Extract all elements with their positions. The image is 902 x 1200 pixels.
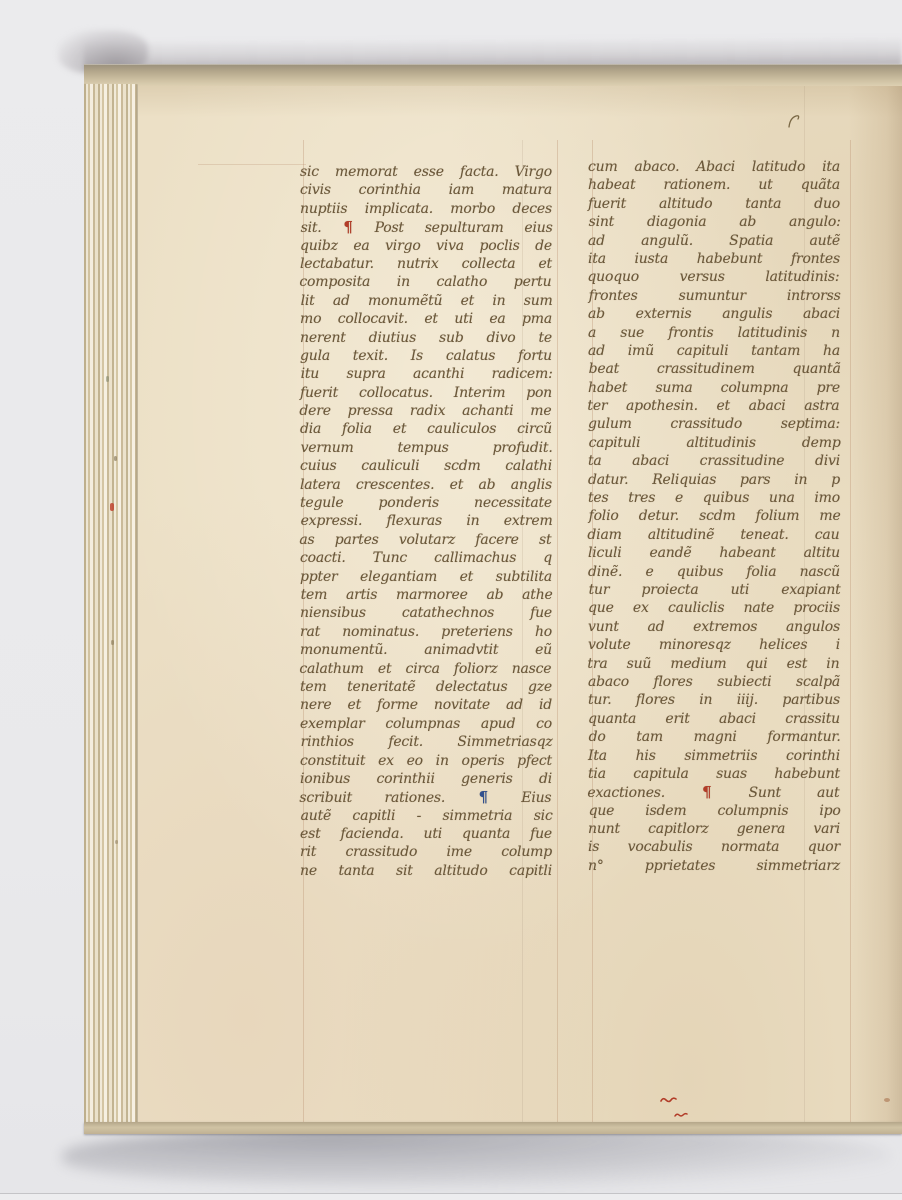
manuscript-text-line: nerent diutius sub divo te [300,329,552,347]
manuscript-text-line: tem artis marmoree ab athe [301,586,553,604]
manuscript-text-line: gula texit. Is calatus fortu [300,347,552,365]
photo-of-manuscript: sic memorat esse facta. Virgocivis corin… [0,0,902,1200]
parchment-page: sic memorat esse facta. Virgocivis corin… [138,86,902,1122]
manuscript-text-line: mo collocavit. et uti ea pma [300,310,552,328]
manuscript-text-line: Ita his simmetriis corinthi [588,747,840,765]
manuscript-text-line: ne tanta sit altitudo capitli [300,862,552,880]
manuscript-text-line: tia capitula suas habebunt [588,765,840,783]
book-top-page-edges [84,64,902,86]
pilcrow-red: ¶ [701,783,712,801]
manuscript-text-line: ita iusta habebunt frontes [588,250,840,268]
manuscript-text-line: lectabatur. nutrix collecta et [300,255,552,273]
manuscript-text-line: do tam magni formantur. [589,728,841,746]
fore-edge-dark-speck [111,640,114,645]
manuscript-text-line: autẽ capitli - simmetria sic [301,807,553,825]
manuscript-text-line: rat nominatus. preteriens ho [300,623,552,641]
manuscript-text-line: composita in calatho pertu [299,273,551,291]
manuscript-text-line: dere pressa radix achanti me [299,402,551,420]
manuscript-text-line: ad imũ capituli tantam ha [588,342,840,360]
manuscript-text-line: ad angulũ. Spatia autẽ [588,232,840,250]
text-column-right: cum abaco. Abaci latitudo itahabeat rati… [588,158,840,875]
manuscript-text-line: a sue frontis latitudinis n [588,324,840,342]
pen-trial-mark [786,112,802,130]
open-book: sic memorat esse facta. Virgocivis corin… [84,64,902,1134]
manuscript-text-line: folio detur. scdm folium me [589,507,841,525]
manuscript-text-line: vunt ad extremos angulos [588,618,840,636]
ruling-line-col2-right [850,140,851,1122]
manuscript-text-line: ter apothesin. et abaci astra [587,397,839,415]
manuscript-text-line: habeat rationem. ut quãta [588,176,840,194]
manuscript-text-line: tra suũ medium qui est in [587,655,839,673]
manuscript-text-line: que isdem columpnis ipo [589,802,841,820]
manuscript-text-line: tur proiecta uti exapiant [589,581,841,599]
manuscript-text-line: quanta erit abaci crassitu [588,710,840,728]
manuscript-text-line: dia folia et cauliculos circũ [300,420,552,438]
manuscript-text-line: frontes sumuntur introrss [589,287,841,305]
manuscript-text-line: vernum tempus profudit. [301,439,553,457]
manuscript-text-line: cum abaco. Abaci latitudo ita [588,158,840,176]
book-bottom-page-edges [84,1122,902,1134]
fore-edge-dark-speck [115,840,118,844]
manuscript-text-line: fuerit altitudo tanta duo [588,195,840,213]
manuscript-text-line: rinthios fecit. Simmetriasqz [301,733,553,751]
manuscript-text-line: calathum et circa foliorz nasce [299,660,551,678]
manuscript-text-line: itu supra acanthi radicem: [301,365,553,383]
manuscript-text-line: ppter elegantiam et subtilita [300,568,552,586]
fore-edge-red-fleck [110,503,114,511]
photo-edge-strip [0,1194,902,1200]
manuscript-text-line: is vocabulis normata quor [588,838,840,856]
manuscript-text-line: constituit ex eo in operis pfect [300,752,552,770]
manuscript-text-line: coacti. Tunc callimachus q [300,549,552,567]
manuscript-text-line: capituli altitudinis demp [589,434,841,452]
manuscript-text-line: nunt capitlorz genera vari [588,820,840,838]
manuscript-text-line: ta abaci crassitudine divi [588,452,840,470]
manuscript-text-line: ab externis angulis abaci [588,305,840,323]
manuscript-text-line: tur. flores in iiij. partibus [588,691,840,709]
manuscript-text-line: que ex cauliclis nate prociis [588,599,840,617]
manuscript-text-line: rit crassitudo ime colump [300,843,552,861]
manuscript-text-line: sint diagonia ab angulo: [589,213,841,231]
text-column-left: sic memorat esse facta. Virgocivis corin… [300,163,552,880]
manuscript-text-line: civis corinthia iam matura [300,181,552,199]
manuscript-text-line: quoquo versus latitudinis: [587,268,839,286]
manuscript-text-line: latera crescentes. et ab anglis [300,476,552,494]
manuscript-text-line: as partes volutarz facere st [299,531,551,549]
manuscript-text-line: scribuit rationes. ¶ Eius [299,788,551,806]
manuscript-text-line: exemplar columpnas apud co [300,715,552,733]
manuscript-text-line: habet suma columpna pre [588,379,840,397]
stacked-leaf-edges [84,84,138,1124]
manuscript-text-line: tem teneritatẽ delectatus gze [300,678,552,696]
manuscript-text-line: exactiones. ¶ Sunt aut [587,783,839,801]
manuscript-text-line: gulum crassitudo septima: [588,415,840,433]
manuscript-text-line: n° pprietates simmetriarz [588,857,840,875]
manuscript-text-line: liculi eandẽ habeant altitu [588,544,840,562]
manuscript-text-line: abaco flores subiecti scalpã [588,673,840,691]
ruling-line-col1-right [557,140,558,1122]
ruling-line-top [198,164,306,165]
manuscript-text-line: cuius cauliculi scdm calathi [300,457,552,475]
manuscript-text-line: nuptiis implicata. morbo deces [300,200,552,218]
quire-signature-red-mark [674,1112,688,1119]
manuscript-text-line: est facienda. uti quanta fue [300,825,552,843]
fore-edge-dark-speck [114,456,117,461]
fore-edge-green-speck [106,376,109,382]
manuscript-text-line: tegule ponderis necessitate [300,494,552,512]
manuscript-text-line: nere et forme novitate ad id [300,696,552,714]
manuscript-text-line: expressi. flexuras in extrem [301,512,553,530]
quire-signature-red-mark [660,1096,678,1104]
book-bottom-shadow [62,1126,890,1188]
manuscript-text-line: beat crassitudinem quantã [589,360,841,378]
manuscript-text-line: sit. ¶ Post sepulturam eius [301,218,553,236]
manuscript-text-line: niensibus catathechnos fue [300,604,552,622]
pilcrow-blue: ¶ [478,788,489,806]
manuscript-text-line: datur. Reliquias pars in p [588,471,840,489]
gutter-stain [884,1098,890,1102]
manuscript-text-line: ionibus corinthii generis di [300,770,552,788]
manuscript-text-line: fuerit collocatus. Interim pon [300,384,552,402]
manuscript-text-line: monumentũ. animadvtit eũ [300,641,552,659]
manuscript-text-line: lit ad monumẽtũ et in sum [301,292,553,310]
manuscript-text-line: dinẽ. e quibus folia nascũ [588,563,840,581]
manuscript-text-line: sic memorat esse facta. Virgo [300,163,552,181]
manuscript-text-line: quibz ea virgo viva poclis de [300,237,552,255]
manuscript-text-line: tes tres e quibus una imo [588,489,840,507]
pilcrow-red: ¶ [342,218,353,236]
manuscript-text-line: volute minoresqz helices i [588,636,840,654]
manuscript-text-line: diam altitudinẽ teneat. cau [587,526,839,544]
